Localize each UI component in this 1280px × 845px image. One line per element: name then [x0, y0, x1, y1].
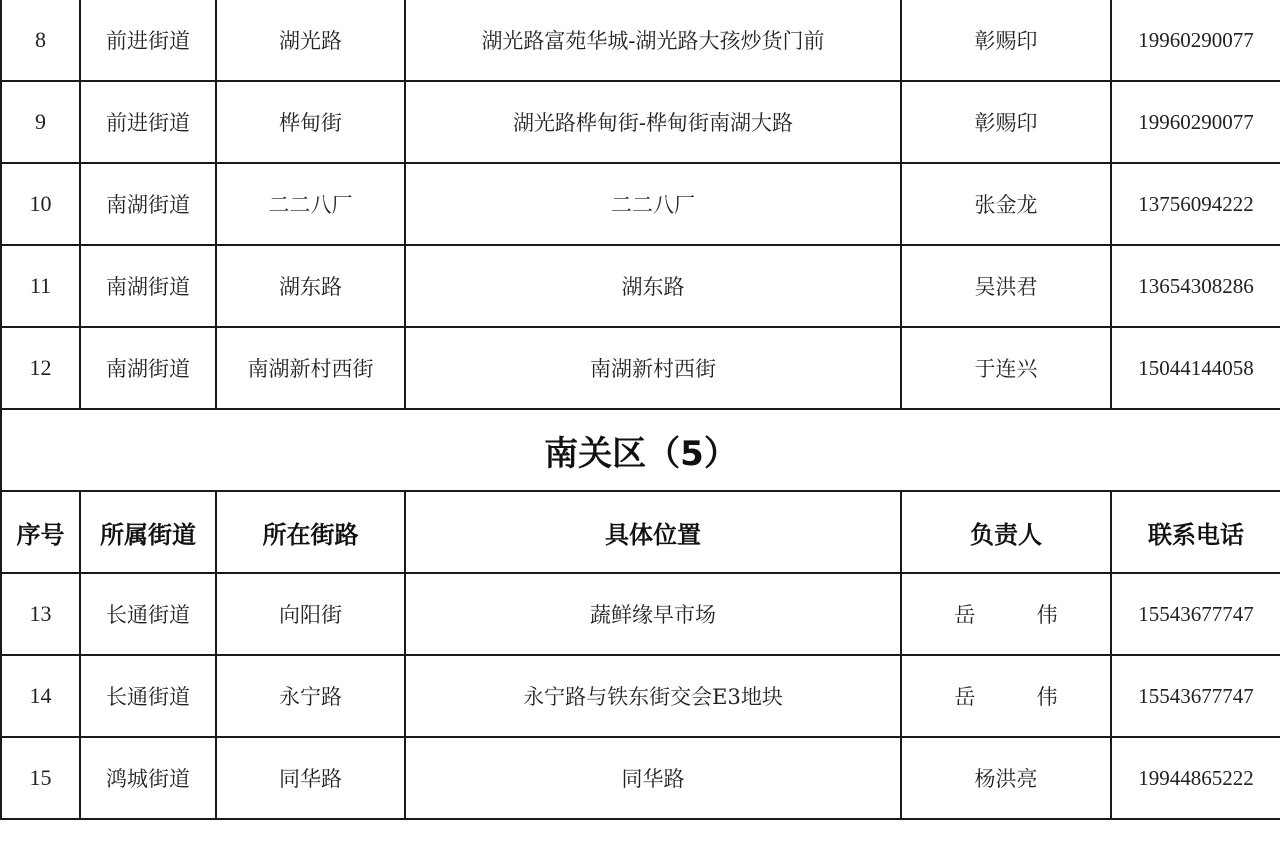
row-number: 12 — [1, 327, 80, 409]
subdistrict-cell: 南湖街道 — [80, 327, 216, 409]
person-cell: 岳 伟 — [901, 573, 1111, 655]
subdistrict-cell: 南湖街道 — [80, 163, 216, 245]
subdistrict-cell: 长通街道 — [80, 655, 216, 737]
subdistrict-cell: 前进街道 — [80, 0, 216, 81]
location-cell: 湖东路 — [405, 245, 901, 327]
location-cell: 湖光路富苑华城-湖光路大孩炒货门前 — [405, 0, 901, 81]
phone-cell: 19960290077 — [1111, 0, 1280, 81]
person-cell: 岳 伟 — [901, 655, 1111, 737]
row-number: 11 — [1, 245, 80, 327]
row-number: 14 — [1, 655, 80, 737]
table-row: 8 前进街道 湖光路 湖光路富苑华城-湖光路大孩炒货门前 彰赐印 1996029… — [1, 0, 1280, 81]
subdistrict-cell: 长通街道 — [80, 573, 216, 655]
phone-cell: 13756094222 — [1111, 163, 1280, 245]
subdistrict-cell: 前进街道 — [80, 81, 216, 163]
table-row: 9 前进街道 桦甸街 湖光路桦甸街-桦甸街南湖大路 彰赐印 1996029007… — [1, 81, 1280, 163]
header-street: 所在街路 — [216, 491, 405, 573]
street-cell: 湖光路 — [216, 0, 405, 81]
district-section-title: 南关区（5） — [1, 409, 1280, 491]
street-cell: 同华路 — [216, 737, 405, 819]
table-row: 14 长通街道 永宁路 永宁路与铁东街交会E3地块 岳 伟 1554367774… — [1, 655, 1280, 737]
row-number: 10 — [1, 163, 80, 245]
header-person: 负责人 — [901, 491, 1111, 573]
table-row: 13 长通街道 向阳街 蔬鲜缘早市场 岳 伟 15543677747 — [1, 573, 1280, 655]
phone-cell: 13654308286 — [1111, 245, 1280, 327]
section-title-row: 南关区（5） — [1, 409, 1280, 491]
street-cell: 向阳街 — [216, 573, 405, 655]
phone-cell: 15044144058 — [1111, 327, 1280, 409]
person-cell: 彰赐印 — [901, 0, 1111, 81]
person-cell: 吴洪君 — [901, 245, 1111, 327]
subdistrict-cell: 鸿城街道 — [80, 737, 216, 819]
row-number: 13 — [1, 573, 80, 655]
phone-cell: 19944865222 — [1111, 737, 1280, 819]
phone-cell: 19960290077 — [1111, 81, 1280, 163]
location-cell: 二二八厂 — [405, 163, 901, 245]
column-header-row: 序号 所属街道 所在街路 具体位置 负责人 联系电话 — [1, 491, 1280, 573]
header-phone: 联系电话 — [1111, 491, 1280, 573]
person-cell: 彰赐印 — [901, 81, 1111, 163]
phone-cell: 15543677747 — [1111, 655, 1280, 737]
phone-cell: 15543677747 — [1111, 573, 1280, 655]
street-cell: 桦甸街 — [216, 81, 405, 163]
person-cell: 张金龙 — [901, 163, 1111, 245]
subdistrict-cell: 南湖街道 — [80, 245, 216, 327]
person-cell: 杨洪亮 — [901, 737, 1111, 819]
location-cell: 永宁路与铁东街交会E3地块 — [405, 655, 901, 737]
location-cell: 同华路 — [405, 737, 901, 819]
street-cell: 湖东路 — [216, 245, 405, 327]
location-cell: 蔬鲜缘早市场 — [405, 573, 901, 655]
street-cell: 二二八厂 — [216, 163, 405, 245]
person-cell: 于连兴 — [901, 327, 1111, 409]
market-location-table: 8 前进街道 湖光路 湖光路富苑华城-湖光路大孩炒货门前 彰赐印 1996029… — [0, 0, 1280, 820]
location-cell: 湖光路桦甸街-桦甸街南湖大路 — [405, 81, 901, 163]
table-row: 11 南湖街道 湖东路 湖东路 吴洪君 13654308286 — [1, 245, 1280, 327]
table-row: 15 鸿城街道 同华路 同华路 杨洪亮 19944865222 — [1, 737, 1280, 819]
row-number: 8 — [1, 0, 80, 81]
location-cell: 南湖新村西街 — [405, 327, 901, 409]
header-number: 序号 — [1, 491, 80, 573]
street-cell: 南湖新村西街 — [216, 327, 405, 409]
table-row: 12 南湖街道 南湖新村西街 南湖新村西街 于连兴 15044144058 — [1, 327, 1280, 409]
table-row: 10 南湖街道 二二八厂 二二八厂 张金龙 13756094222 — [1, 163, 1280, 245]
header-subdistrict: 所属街道 — [80, 491, 216, 573]
street-cell: 永宁路 — [216, 655, 405, 737]
row-number: 9 — [1, 81, 80, 163]
header-location: 具体位置 — [405, 491, 901, 573]
row-number: 15 — [1, 737, 80, 819]
